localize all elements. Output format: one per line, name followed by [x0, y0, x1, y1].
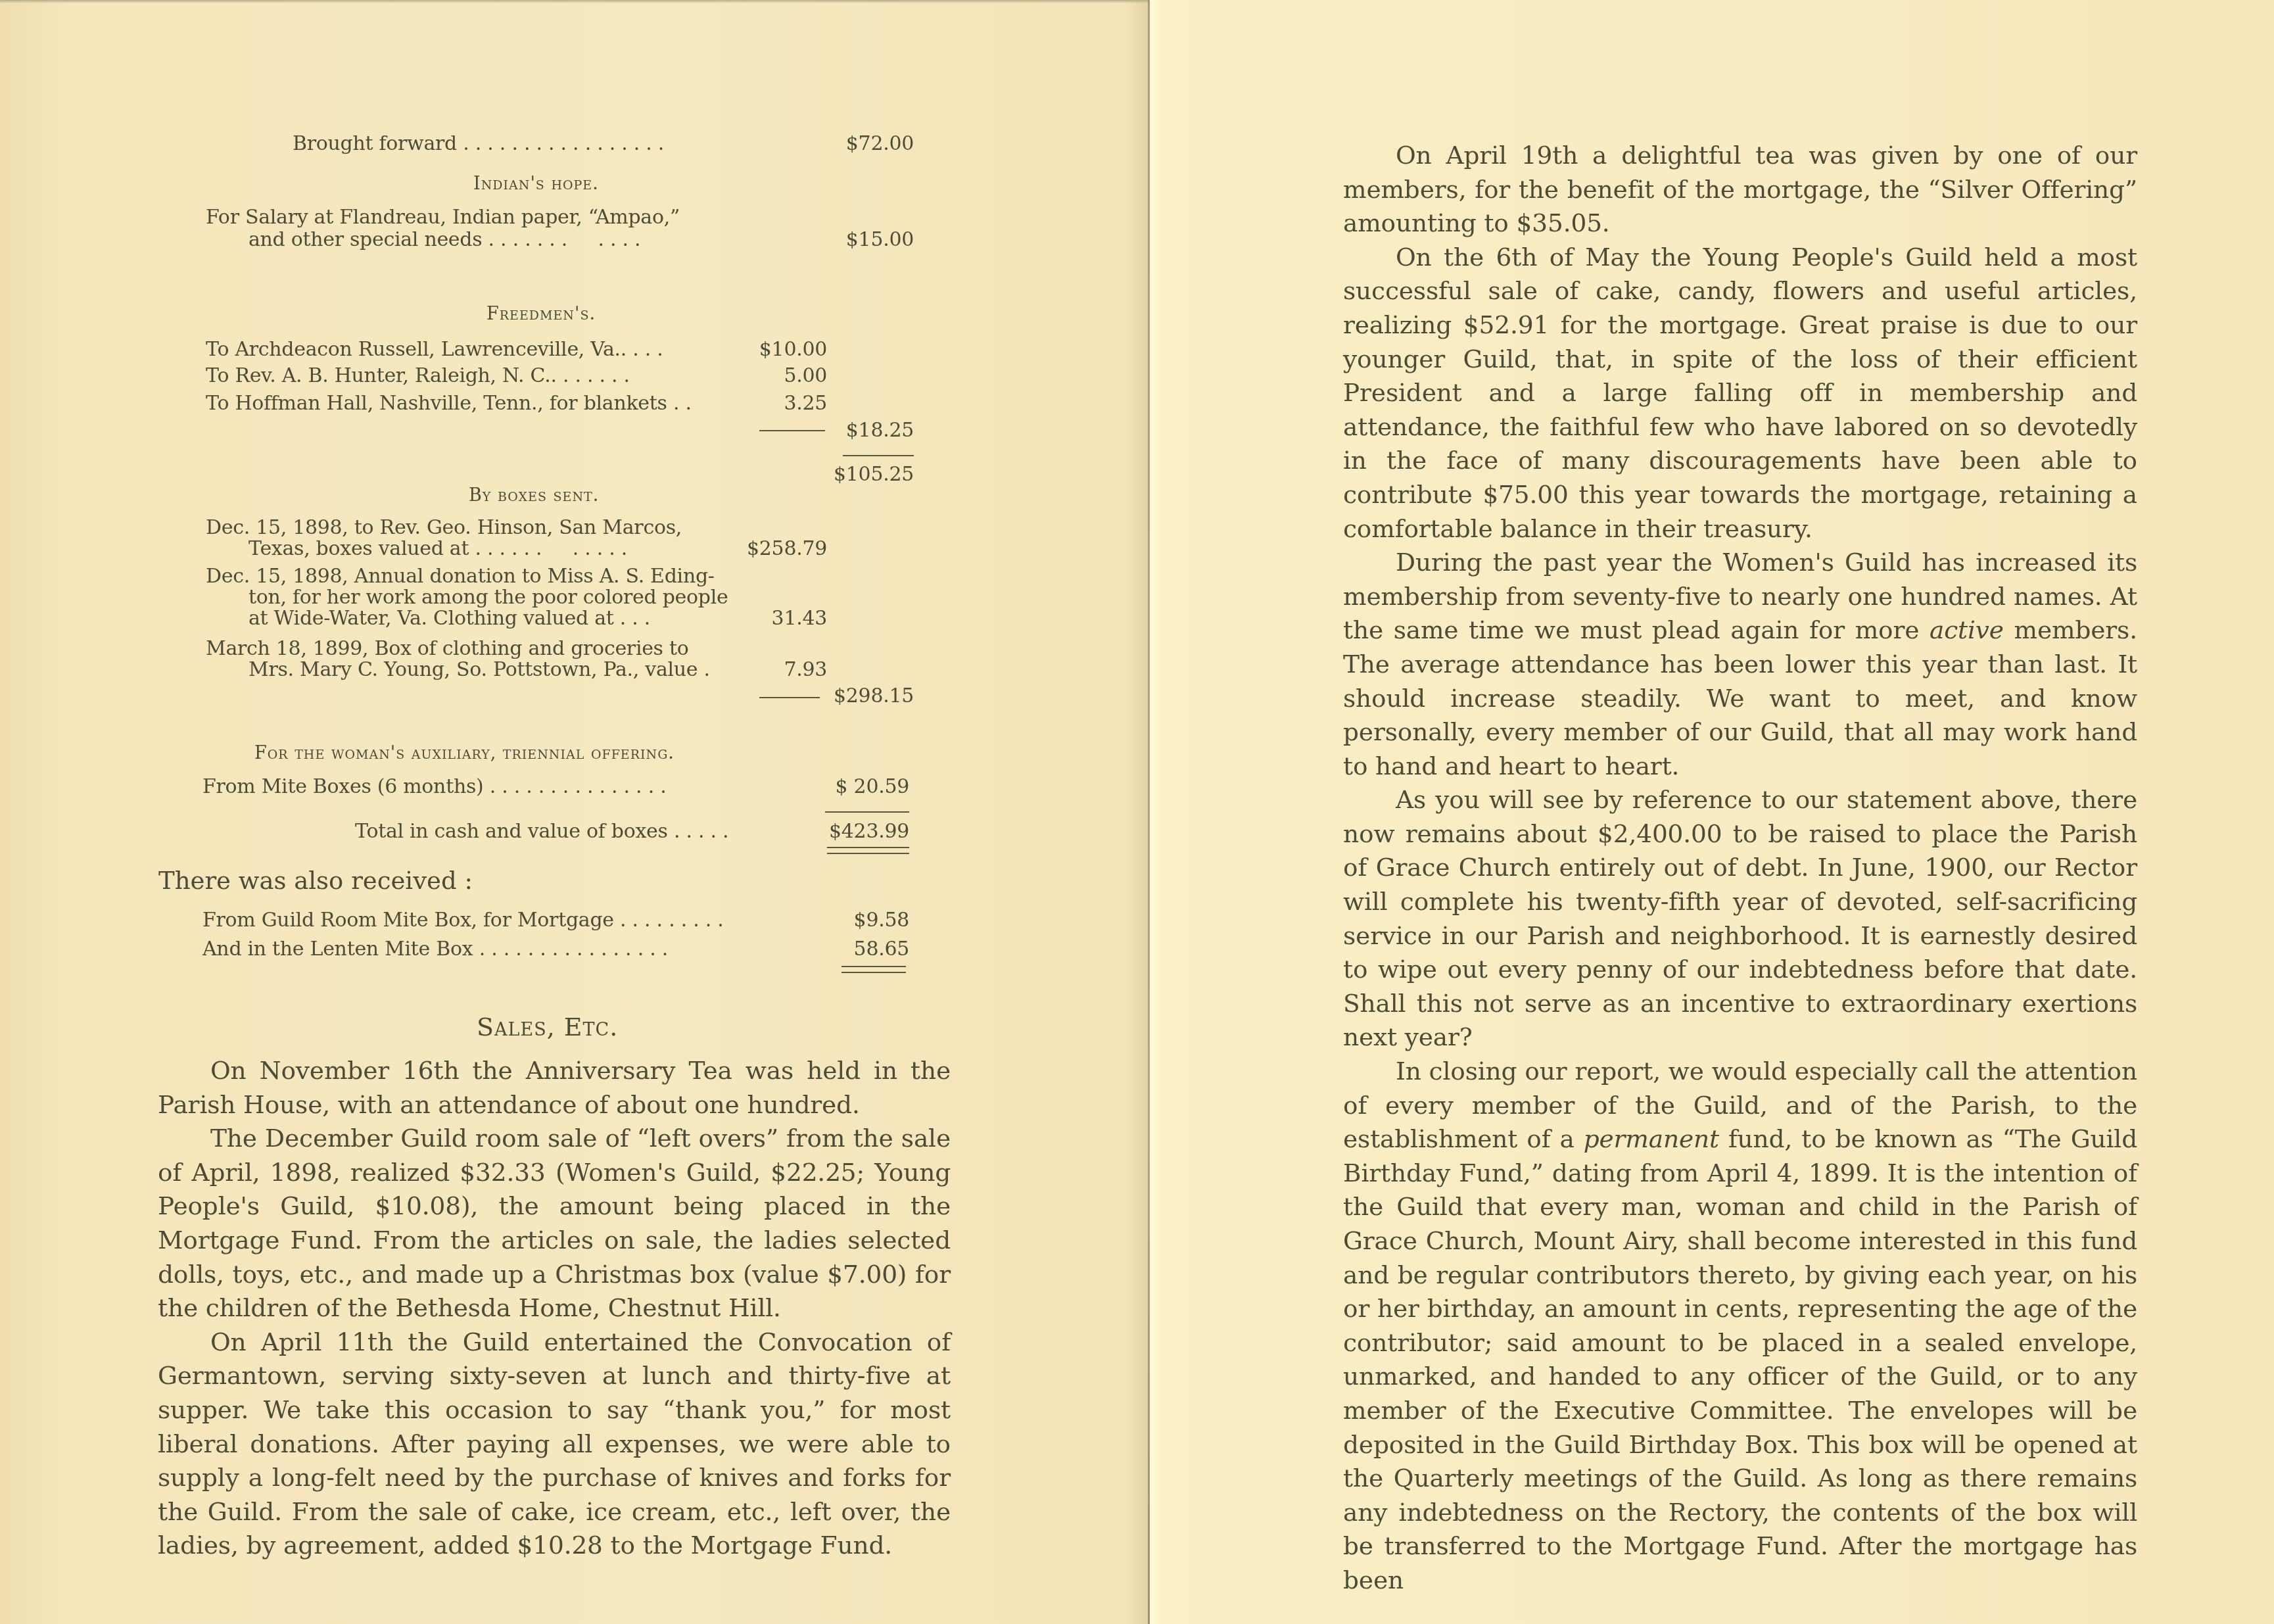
paragraph: On November 16th the Anniversary Tea was…: [158, 1054, 951, 1122]
paragraph: On the 6th of May the Young People's Gui…: [1343, 241, 2137, 546]
double-rule-bottom: [827, 853, 909, 854]
paragraph: In closing our report, we would especial…: [1343, 1055, 2137, 1598]
report-text: On April 19th a delightful tea was given…: [1343, 139, 2137, 1598]
ledger-amount: $15.00: [846, 229, 914, 251]
ledger-label: And in the Lenten Mite Box .............…: [202, 938, 674, 961]
double-rule-bottom: [841, 972, 906, 973]
ledger-amount: $72.00: [846, 133, 914, 155]
ledger-label: To Rev. A. B. Hunter, Raleigh, N. C.....…: [206, 365, 636, 387]
ledger-label: From Guild Room Mite Box, for Mortgage .…: [202, 909, 730, 932]
ledger-label: Dec. 15, 1898, Annual donation to Miss A…: [206, 565, 715, 588]
ledger-amount: 3.25: [784, 393, 827, 415]
ledger-label: March 18, 1899, Box of clothing and groc…: [206, 638, 688, 660]
section-heading-freedmens: Freedmen's.: [486, 304, 596, 324]
sum-rule: [759, 697, 820, 698]
sum-rule: [843, 455, 914, 456]
gutter-highlight: [1150, 0, 1162, 1624]
ledger-label: To Archdeacon Russell, Lawrenceville, Va…: [206, 339, 669, 361]
ledger-label: For Salary at Flandreau, Indian paper, “…: [206, 206, 680, 229]
double-rule-top: [841, 966, 906, 967]
ledger-amount: $ 20.59: [836, 776, 909, 798]
sum-rule: [759, 430, 825, 431]
sales-text: On November 16th the Anniversary Tea was…: [158, 1054, 951, 1563]
also-received-heading: There was also received :: [158, 867, 473, 895]
ledger-label: at Wide-Water, Va. Clothing valued at ..…: [249, 608, 656, 630]
ledger-amount: $105.25: [834, 464, 914, 486]
ledger-amount: $423.99: [829, 821, 909, 843]
ledger-amount: 5.00: [784, 365, 827, 387]
ledger-amount: 31.43: [772, 608, 827, 630]
emphasis-text: permanent: [1584, 1124, 1719, 1153]
ledger-label: and other special needs ....... ....: [249, 229, 647, 251]
ledger-label: ton, for her work among the poor colored…: [249, 586, 728, 609]
ledger-label: Dec. 15, 1898, to Rev. Geo. Hinson, San …: [206, 517, 682, 539]
ledger-label: To Hoffman Hall, Nashville, Tenn., for b…: [206, 393, 698, 415]
ledger-label: Texas, boxes valued at ...... .....: [249, 538, 633, 560]
section-heading-indians-hope: Indian's Hope.: [473, 174, 599, 194]
section-heading-sales: Sales, Etc.: [477, 1013, 618, 1041]
ledger-amount: $258.79: [747, 538, 827, 560]
emphasis-text: active: [1930, 615, 2004, 644]
ledger-amount: $9.58: [854, 909, 909, 932]
paragraph-text: fund, to be known as “The Guild Birthday…: [1343, 1124, 2137, 1594]
paragraph: The December Guild room sale of “left ov…: [158, 1122, 951, 1325]
ledger-amount: 58.65: [854, 938, 909, 961]
paragraph: As you will see by reference to our stat…: [1343, 783, 2137, 1055]
ledger-label: Brought forward .................: [293, 133, 670, 155]
ledger-amount: $18.25: [846, 419, 914, 442]
ledger-label: Mrs. Mary C. Young, So. Pottstown, Pa., …: [249, 659, 716, 681]
ledger-label: Total in cash and value of boxes .....: [355, 821, 735, 843]
ledger-label: From Mite Boxes (6 months) .............…: [202, 776, 673, 798]
section-heading-boxes-sent: By Boxes Sent.: [469, 485, 599, 506]
ledger-amount: $10.00: [759, 339, 827, 361]
section-heading-womans-auxiliary: For the Woman's Auxiliary, Triennial Off…: [254, 743, 675, 763]
double-rule-top: [827, 847, 909, 848]
ledger-amount: 7.93: [784, 659, 827, 681]
paragraph: On April 19th a delightful tea was given…: [1343, 139, 2137, 241]
ledger-amount: $298.15: [834, 685, 914, 707]
paragraph: During the past year the Women's Guild h…: [1343, 546, 2137, 783]
sum-rule: [825, 811, 909, 813]
paragraph: On April 11th the Guild entertained the …: [158, 1325, 951, 1563]
